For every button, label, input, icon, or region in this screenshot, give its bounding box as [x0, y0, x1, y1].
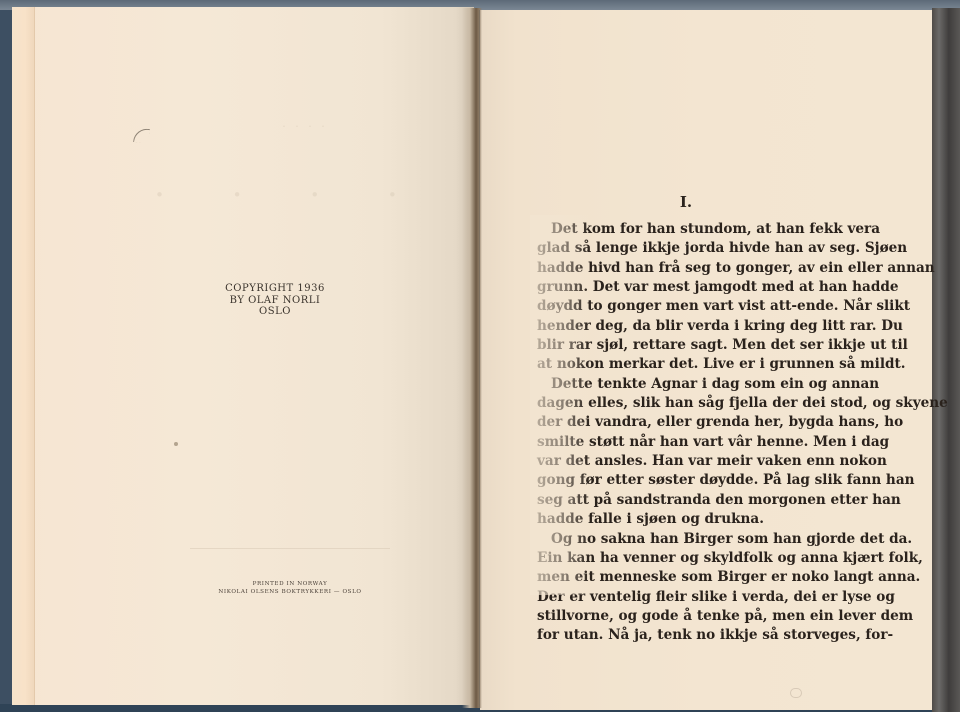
printer-line: PRINTED IN NORWAY: [190, 580, 390, 588]
text-line: hadde hivd han frå seg to gonger, av ein…: [537, 259, 839, 278]
text-line: Dette tenkte Agnar i dag som ein og anna…: [537, 375, 839, 394]
text-line: for utan. Nå ja, tenk no ikkje så storve…: [537, 626, 839, 645]
text-line: smilte støtt når han vart vâr henne. Men…: [537, 433, 839, 452]
copyright-notice: COPYRIGHT 1936 BY OLAF NORLI OSLO: [180, 283, 370, 318]
text-line: Det kom for han stundom, at han fekk ver…: [537, 220, 839, 239]
show-through-subtitle: · · · ·: [230, 120, 380, 133]
text-line: Ein kan ha venner og skyldfolk og anna k…: [537, 549, 839, 568]
text-line: dagen elles, slik han såg fjella der dei…: [537, 394, 839, 413]
text-line: gong før etter søster døydde. På lag sli…: [537, 471, 839, 490]
text-line: glad så lenge ikkje jorda hivde han av s…: [537, 239, 839, 258]
text-line: hadde falle i sjøen og drukna.: [537, 510, 839, 529]
copyright-line: COPYRIGHT 1936: [180, 283, 370, 295]
printer-line: NIKOLAI OLSENS BOKTRYKKERI — OSLO: [190, 588, 390, 596]
text-line: døydd to gonger men vart vist att-ende. …: [537, 297, 839, 316]
text-line: men eit menneske som Birger er noko lang…: [537, 568, 839, 587]
text-line: der dei vandra, eller grenda her, bygda …: [537, 413, 839, 432]
endpaper-fold: [12, 7, 35, 705]
text-line: seg att på sandstranda den morgonen ette…: [537, 491, 839, 510]
left-page: [12, 7, 474, 705]
text-line: Og no sakna han Birger som han gjorde de…: [537, 530, 839, 549]
copyright-line: OSLO: [180, 306, 370, 318]
text-line: at nokon merkar det. Live er i grunnen s…: [537, 355, 839, 374]
paper-blemish: [790, 688, 802, 698]
text-line: blir rar sjøl, rettare sagt. Men det ser…: [537, 336, 839, 355]
book-fore-edge: [932, 8, 960, 712]
chapter-body-text: Det kom for han stundom, at han fekk ver…: [537, 220, 839, 646]
chapter-heading: I.: [650, 193, 722, 211]
printer-imprint: PRINTED IN NORWAY NIKOLAI OLSENS BOKTRYK…: [190, 580, 390, 596]
copyright-line: BY OLAF NORLI: [180, 295, 370, 307]
text-line: grunn. Det var mest jamgodt med at han h…: [537, 278, 839, 297]
book-gutter: [462, 8, 482, 708]
text-line: stillvorne, og gode å tenke på, men ein …: [537, 607, 839, 626]
show-through-title: · · · ·: [140, 175, 440, 215]
text-line: hender deg, da blir verda i kring deg li…: [537, 317, 839, 336]
text-line: Der er ventelig fleir slike i verda, dei…: [537, 588, 839, 607]
text-line: var det ansles. Han var meir vaken enn n…: [537, 452, 839, 471]
show-through-rule: [190, 548, 390, 549]
paper-spot: [174, 442, 178, 446]
